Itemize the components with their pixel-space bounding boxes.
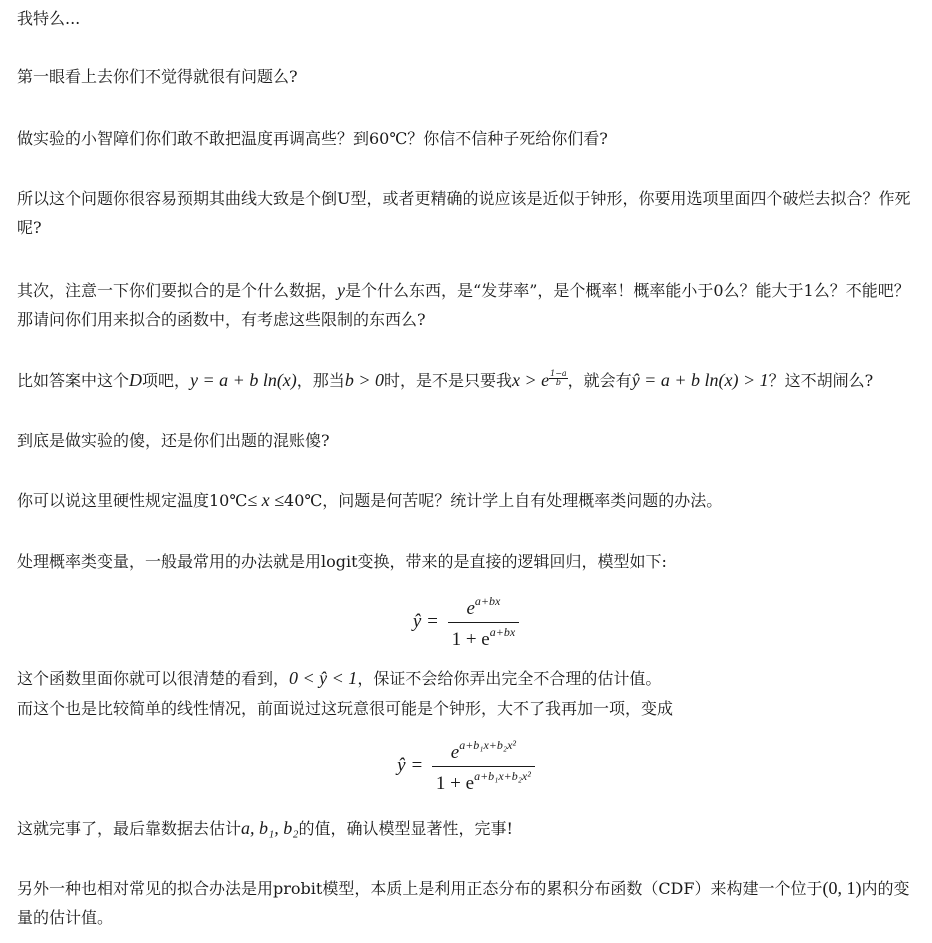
math-formula-y: y = a + b ln(x) [190,370,297,390]
text: ，保证不会给你弄出完全不合理的估计值。 [357,669,661,688]
text: 这个函数里面你就可以很清楚的看到， [17,669,289,688]
paragraph-8: 你可以说这里硬性规定温度10℃≤ x ≤40℃，问题是何苦呢？统计学上自有处理概… [17,486,918,515]
paragraph-4: 所以这个问题你很容易预期其曲线大致是个倒U型，或者更精确的说应该是近似于钟形，你… [17,184,918,242]
text: 其次，注意一下你们要拟合的是个什么数据， [17,281,337,300]
equation-logit: ŷ = ea+bx 1 + ea+bx [0,594,932,651]
math-inequality: x > e [512,370,549,390]
den-exponent: a+bx [490,625,515,639]
den-exponent: a+b₁x+b₂x² [474,769,531,783]
text: 时，是不是只要我 [384,371,512,390]
math-interval: (0, 1) [823,878,862,898]
math-params: a, b₁, b₂ [241,818,299,838]
paragraph-10: 这个函数里面你就可以很清楚的看到，0 < ŷ < 1，保证不会给你弄出完全不合理… [17,664,918,693]
num-base: e [466,598,474,619]
math-yhat-range: 0 < ŷ < 1 [289,668,357,688]
text: 40℃，问题是何苦呢？统计学上自有处理概率类问题的办法。 [284,491,722,510]
text: 另外一种也相对常见的拟合办法是用probit模型，本质上是利用正态分布的累积分布… [17,879,823,898]
fraction-denominator: 1 + ea+bx [448,622,520,651]
text: ，就会有 [568,371,632,390]
equation-fraction: ea+b₁x+b₂x² 1 + ea+b₁x+b₂x² [432,738,535,795]
paragraph-1: 我特么... [17,4,918,33]
equation-lhs: ŷ = [397,755,423,776]
equation-lhs: ŷ = [413,611,439,632]
paragraph-3: 做实验的小智障们你们敢不敢把温度再调高些？到60℃？你信不信种子死给你们看? [17,124,918,153]
text: ？这不胡闹么? [769,371,874,390]
math-condition: b > 0 [345,370,384,390]
fraction-numerator: ea+bx [462,594,504,622]
fraction-numerator: ea+b₁x+b₂x² [447,738,520,766]
num-exponent: a+bx [475,594,500,608]
exponent-denominator: b [556,379,561,387]
paragraph-6: 比如答案中这个D项吧，y = a + b ln(x)，那当b > 0时，是不是只… [17,366,918,395]
math-exponent-fraction: 1−ab [549,370,568,387]
paragraph-5: 其次，注意一下你们要拟合的是个什么数据，y是个什么东西，是“发芽率”，是个概率！… [17,276,918,334]
den-prefix: 1 + e [436,773,474,794]
num-exponent: a+b₁x+b₂x² [459,738,516,752]
fraction-denominator: 1 + ea+b₁x+b₂x² [432,766,535,795]
equation-fraction: ea+bx 1 + ea+bx [448,594,520,651]
text: 比如答案中这个 [17,371,129,390]
paragraph-11: 而这个也是比较简单的线性情况，前面说过这玩意很可能是个钟形，大不了我再加一项，变… [17,694,918,723]
den-prefix: 1 + e [452,629,490,650]
text: 的值，确认模型显著性，完事! [299,819,513,838]
text: 你可以说这里硬性规定温度10℃ [17,491,247,510]
math-formula-yhat: ŷ = a + b ln(x) > 1 [632,370,769,390]
paragraph-2: 第一眼看上去你们不觉得就很有问题么? [17,62,918,91]
paragraph-12: 这就完事了，最后靠数据去估计a, b₁, b₂的值，确认模型显著性，完事! [17,814,918,843]
text: 项吧， [142,371,190,390]
math-var-d: D [129,370,142,390]
math-range: ≤ x ≤ [247,490,284,510]
num-base: e [451,742,459,763]
paragraph-7: 到底是做实验的傻，还是你们出题的混账傻? [17,426,918,455]
paragraph-9: 处理概率类变量，一般最常用的办法就是用logit变换，带来的是直接的逻辑回归，模… [17,547,918,576]
equation-quadratic-logit: ŷ = ea+b₁x+b₂x² 1 + ea+b₁x+b₂x² [0,738,932,795]
paragraph-13: 另外一种也相对常见的拟合办法是用probit模型，本质上是利用正态分布的累积分布… [17,874,918,932]
text: 这就完事了，最后靠数据去估计 [17,819,241,838]
math-var-y: y [337,280,345,300]
text: ，那当 [297,371,345,390]
